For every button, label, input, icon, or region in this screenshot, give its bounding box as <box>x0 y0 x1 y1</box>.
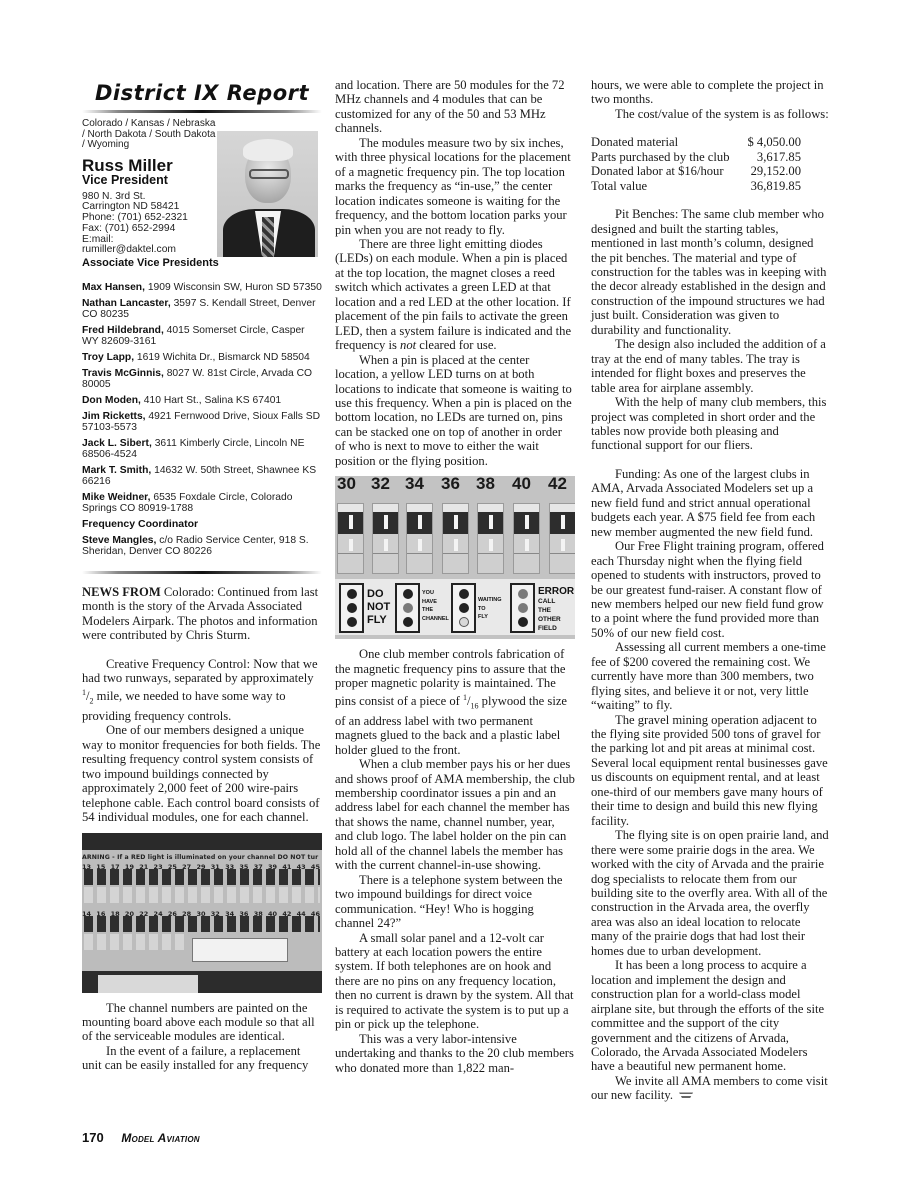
paragraph: There is a telephone system between the … <box>335 873 575 931</box>
paragraph: It has been a long process to acquire a … <box>591 958 831 1074</box>
legend-label: YOU HAVE THE CHANNEL <box>422 589 449 623</box>
frequency-module <box>406 503 433 574</box>
frequency-module <box>549 503 575 574</box>
paragraph: Creative Frequency Control: Now that we … <box>82 657 322 724</box>
page-number: 170 <box>82 1130 104 1145</box>
table-row: Parts purchased by the club3,617.85 <box>591 150 801 164</box>
led-icon <box>518 617 528 627</box>
led-icon <box>518 603 528 613</box>
channel-number: 34 <box>405 477 424 491</box>
paragraph: When a pin is placed at the center locat… <box>335 353 575 469</box>
frequency-board-photo: ARNING - If a RED light is illuminated o… <box>82 833 322 993</box>
associate-entry: Max Hansen, 1909 Wisconsin SW, Huron SD … <box>82 282 322 293</box>
legend-label: WAITING TO FLY <box>478 596 502 622</box>
channel-number: 40 <box>512 477 531 491</box>
led-icon <box>459 617 469 627</box>
page-footer: 170 Model Aviation <box>82 1130 200 1145</box>
cost-value-table: Donated material$ 4,050.00 Parts purchas… <box>591 135 801 193</box>
frequency-coordinator-heading: Frequency Coordinator <box>82 519 322 530</box>
report-title: District IX Report <box>82 80 322 106</box>
vice-president-block: Colorado / Kansas / Nebraska / North Dak… <box>82 119 322 254</box>
channel-number: 42 <box>548 477 567 491</box>
associate-entry: Jim Ricketts, 4921 Fernwood Drive, Sioux… <box>82 411 322 433</box>
led-icon <box>403 617 413 627</box>
section-divider <box>82 571 322 574</box>
led-icon <box>347 617 357 627</box>
module-row-odd <box>84 869 320 885</box>
paragraph: The modules measure two by six inches, w… <box>335 136 575 237</box>
led-icon <box>347 589 357 599</box>
led-icon <box>403 603 413 613</box>
paragraph: One club member controls fabrication of … <box>335 647 575 757</box>
article-column-2: and location. There are 50 modules for t… <box>335 78 575 1075</box>
table-row: Donated material$ 4,050.00 <box>591 135 801 149</box>
paragraph: hours, we were able to complete the proj… <box>591 78 831 107</box>
legend-error <box>510 583 535 633</box>
paragraph: This was a very labor-intensive undertak… <box>335 1032 575 1075</box>
associate-entry: Don Moden, 410 Hart St., Salina KS 67401 <box>82 395 322 406</box>
paragraph: Funding: As one of the largest clubs in … <box>591 467 831 539</box>
associate-entry: Nathan Lancaster, 3597 S. Kendall Street… <box>82 298 322 320</box>
legend-waiting-to-fly <box>451 583 476 633</box>
channel-number: 30 <box>337 477 356 491</box>
news-from-label: NEWS FROM <box>82 585 161 599</box>
led-icon <box>403 589 413 599</box>
paragraph: We invite all AMA members to come visit … <box>591 1074 831 1103</box>
paragraph: Assessing all current members a one-time… <box>591 640 831 712</box>
led-icon <box>347 603 357 613</box>
legend-do-not-fly <box>339 583 364 633</box>
paragraph: The channel numbers are painted on the m… <box>82 1001 322 1044</box>
frequency-module <box>513 503 540 574</box>
paragraph: One of our members designed a unique way… <box>82 723 322 824</box>
table-row: Donated labor at $16/hour29,152.00 <box>591 164 801 178</box>
paragraph: The flying site is on open prairie land,… <box>591 828 831 958</box>
associates-heading: Associate Vice Presidents <box>82 258 322 269</box>
legend-label: DO NOT FLY <box>367 588 390 627</box>
led-legend-panel <box>192 938 288 962</box>
district-states: Colorado / Kansas / Nebraska / North Dak… <box>82 119 217 151</box>
associate-entry: Jack L. Sibert, 3611 Kimberly Circle, Li… <box>82 438 322 460</box>
led-icon <box>459 589 469 599</box>
paragraph: The cost/value of the system is as follo… <box>591 107 831 121</box>
publication-name: Model Aviation <box>121 1131 199 1145</box>
paragraph: There are three light emitting diodes (L… <box>335 237 575 353</box>
legend-you-have-channel <box>395 583 420 633</box>
paragraph: A small solar panel and a 12-volt car ba… <box>335 931 575 1032</box>
frequency-coordinator-entry: Steve Mangles, c/o Radio Service Center,… <box>82 535 322 557</box>
frequency-module <box>372 503 399 574</box>
table-row-total: Total value36,819.85 <box>591 179 801 193</box>
associate-entry: Travis McGinnis, 8027 W. 81st Circle, Ar… <box>82 368 322 390</box>
article-column-1: NEWS FROM Colorado: Continued from last … <box>82 585 322 1073</box>
paragraph: The gravel mining operation adjacent to … <box>591 713 831 829</box>
associate-entry: Mark T. Smith, 14632 W. 50th Street, Sha… <box>82 465 322 487</box>
associate-entry: Troy Lapp, 1619 Wichita Dr., Bismarck ND… <box>82 352 322 363</box>
paragraph: With the help of many club members, this… <box>591 395 831 453</box>
paragraph: In the event of a failure, a replacement… <box>82 1044 322 1073</box>
frequency-module <box>337 503 364 574</box>
article-column-3: hours, we were able to complete the proj… <box>591 78 831 1103</box>
channel-number: 38 <box>476 477 495 491</box>
associate-vp-list: Associate Vice Presidents Max Hansen, 19… <box>82 258 322 557</box>
vp-portrait-photo <box>217 131 318 257</box>
paragraph: Pit Benches: The same club member who de… <box>591 207 831 337</box>
module-closeup-photo: 30 32 34 36 38 40 42 DO NOT FLY <box>335 476 575 639</box>
glasses <box>249 169 289 179</box>
legend-label: ERROR CALL THE OTHER FIELD <box>538 586 574 633</box>
led-icon <box>459 603 469 613</box>
title-divider <box>82 110 322 113</box>
paragraph: and location. There are 50 modules for t… <box>335 78 575 136</box>
ama-logo-end-mark-icon <box>679 1092 693 1100</box>
intro-paragraph: NEWS FROM Colorado: Continued from last … <box>82 585 322 643</box>
associate-entry: Fred Hildebrand, 4015 Somerset Circle, C… <box>82 325 322 347</box>
paragraph: The design also included the addition of… <box>591 337 831 395</box>
channel-number: 32 <box>371 477 390 491</box>
frequency-module <box>477 503 504 574</box>
column-1: District IX Report Colorado / Kansas / N… <box>82 80 322 1073</box>
led-icon <box>518 589 528 599</box>
associate-entry: Mike Weidner, 6535 Foxdale Circle, Color… <box>82 492 322 514</box>
module-row-even <box>84 916 320 932</box>
frequency-module <box>442 503 469 574</box>
channel-number: 36 <box>441 477 460 491</box>
paragraph: Our Free Flight training program, offere… <box>591 539 831 640</box>
paragraph: When a club member pays his or her dues … <box>335 757 575 873</box>
